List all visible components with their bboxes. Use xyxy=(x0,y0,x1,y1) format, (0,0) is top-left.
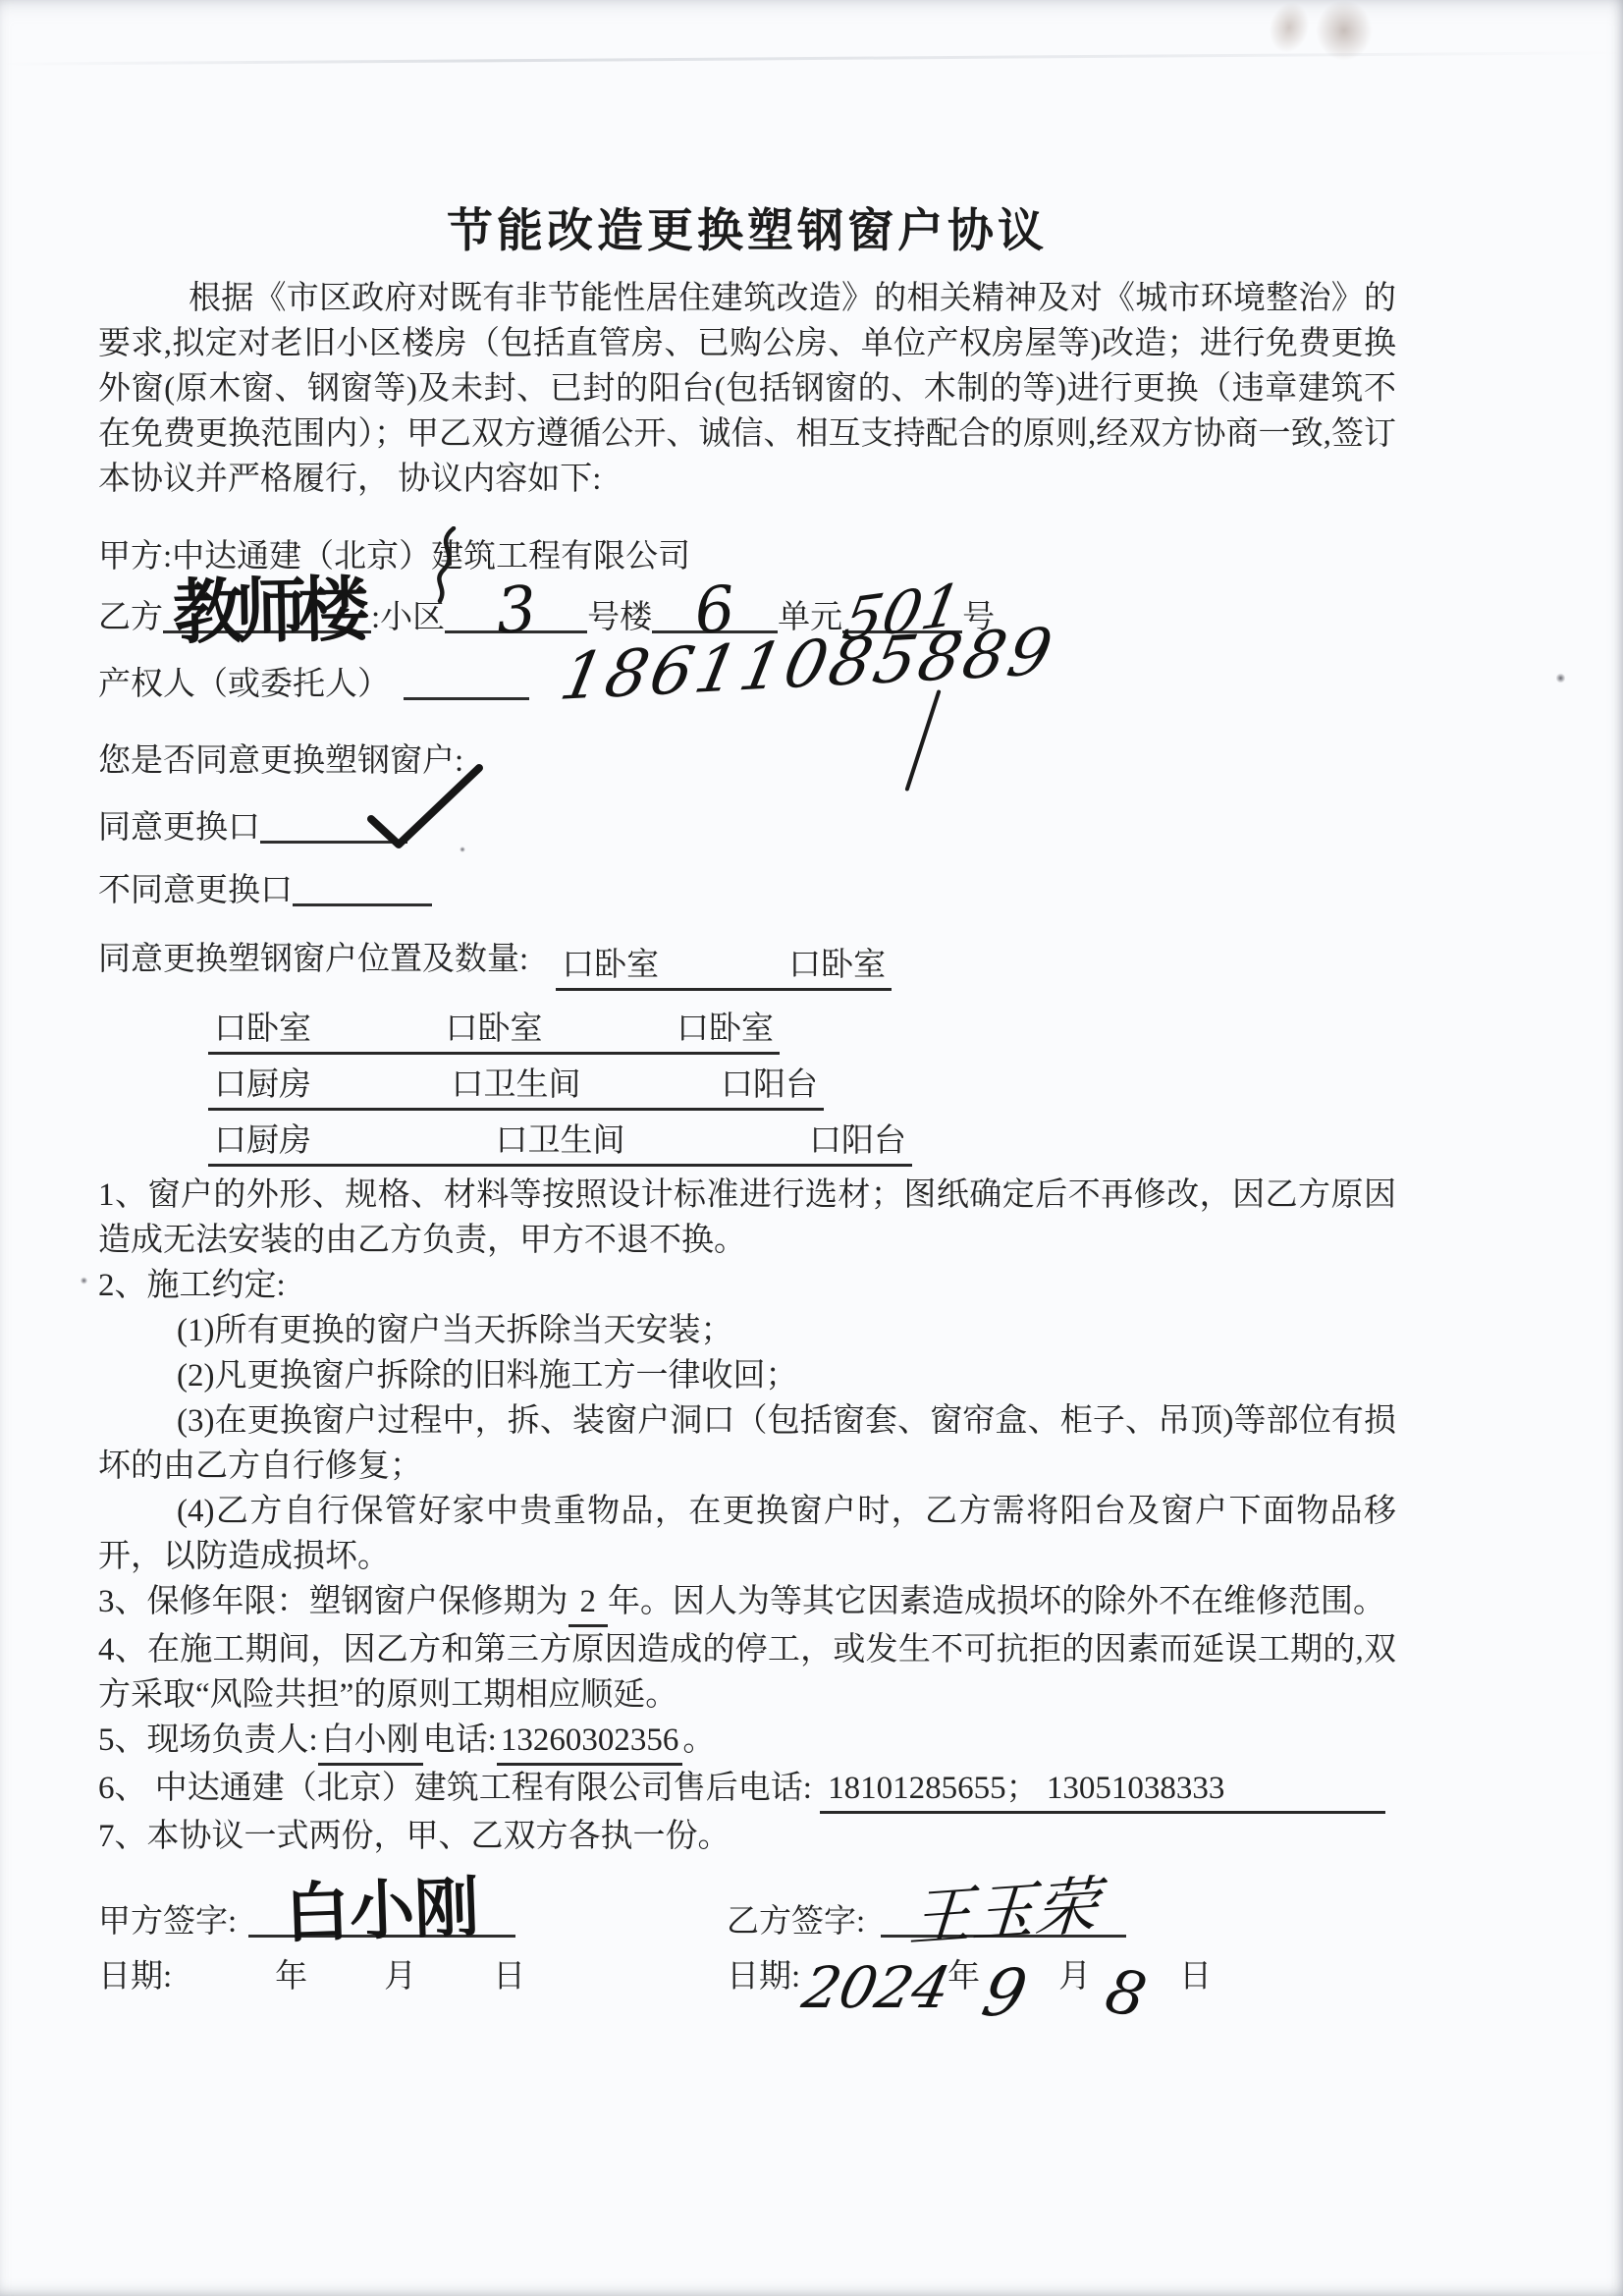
clause-3-text-pre: 3、保修年限：塑钢窗户保修期为 xyxy=(98,1584,568,1619)
handwritten-month: 9 xyxy=(977,1961,1032,2026)
clause-7: 7、本协议一式两份，甲、乙双方各执一份。 xyxy=(98,1814,1396,1859)
party-a-date-line: 日期:年月日 xyxy=(98,1949,727,2004)
location-row: 口厨房口卫生间口阳台 xyxy=(208,1063,824,1111)
location-cell: 口卧室 xyxy=(214,1007,311,1052)
warranty-years-value: 2 xyxy=(568,1579,609,1627)
party-a-signature-underline: 白小刚 xyxy=(248,1901,515,1938)
party-a-signature-label: 甲方签字: xyxy=(98,1904,237,1940)
disagree-option-line: 不同意更换口 xyxy=(98,868,1396,913)
month-label: 月 xyxy=(384,1959,416,1995)
disagree-label: 不同意更换口 xyxy=(98,873,293,908)
party-b-signature-block: 乙方签字:王玉荣 日期:2024年9月8日 xyxy=(727,1894,1396,2004)
handwritten-party-a-signature: 白小刚 xyxy=(284,1875,480,1946)
intro-paragraph: 根据《市区政府对既有非节能性居住建筑改造》的相关精神及对《城市环境整治》的要求,… xyxy=(98,276,1396,502)
month-label: 月 xyxy=(1058,1959,1091,1995)
handwritten-year: 2024 xyxy=(798,1959,955,2016)
day-label: 日 xyxy=(493,1959,525,1995)
party-b-label: 乙方 xyxy=(98,600,163,635)
handwritten-brace-mark xyxy=(424,526,463,605)
location-row: 口厨房口卫生间口阳台 xyxy=(208,1119,912,1167)
location-cell: 口卧室 xyxy=(676,1007,774,1052)
scanned-agreement-page: 节能改造更换塑钢窗户协议 根据《市区政府对既有非节能性居住建筑改造》的相关精神及… xyxy=(0,0,1623,2296)
building-number-blank-underline: 6 xyxy=(652,597,778,633)
year-slot: 2024 xyxy=(800,1959,947,1993)
month-slot: 9 xyxy=(980,1959,1058,1993)
location-row: 口卧室口卧室口卧室 xyxy=(208,1007,780,1055)
site-manager-phone: 13260302356 xyxy=(497,1718,683,1766)
clause-5-text-post: 。 xyxy=(682,1722,715,1758)
location-row: 口卧室口卧室 xyxy=(556,943,892,991)
clause-6-text-pre: 6、 中达通建（北京）建筑工程有限公司售后电话: xyxy=(98,1771,812,1806)
clause-6: 6、 中达通建（北京）建筑工程有限公司售后电话: 18101285655； 13… xyxy=(98,1766,1396,1814)
location-cell: 口厨房 xyxy=(214,1063,311,1108)
clause-2-2: (2)凡更换窗户拆除的旧料施工方一律收回； xyxy=(98,1353,1396,1398)
owner-label: 产权人（或委托人） xyxy=(98,667,390,702)
consent-question-line: 您是否同意更换塑钢窗户: xyxy=(98,738,1396,784)
building-number-label: 号楼 xyxy=(587,600,652,635)
handwritten-checkmark xyxy=(361,762,491,860)
clause-5: 5、现场负责人:白小刚电话:13260302356。 xyxy=(98,1718,1396,1766)
clause-3-text-post: 年。因人为等其它因素造成损坏的除外不在维修范围。 xyxy=(608,1584,1385,1619)
handwritten-day: 8 xyxy=(1101,1960,1151,2028)
signature-section: 甲方签字:白小刚 日期:年月日 乙方签字:王玉荣 日期:2024年9月8日 xyxy=(98,1894,1396,2004)
locations-row-3: 口厨房口卫生间口阳台 xyxy=(98,1113,1396,1167)
community-blank-underline: 3 xyxy=(445,597,587,633)
clause-1: 1、窗户的外形、规格、材料等按照设计标准进行选材；图纸确定后不再修改，因乙方原因… xyxy=(98,1173,1396,1263)
party-b-signature-line: 乙方签字:王玉荣 xyxy=(727,1894,1396,1949)
handwritten-building-name: 教师楼 xyxy=(172,574,361,647)
building-blank-underline: 教师楼 xyxy=(163,597,371,633)
community-label: 小区 xyxy=(380,600,445,635)
scan-speck xyxy=(81,1277,87,1285)
locations-row-1: 口卧室口卧室口卧室 xyxy=(98,1001,1396,1055)
owner-line: 产权人（或委托人） 18611085889 xyxy=(98,662,1396,707)
party-a-signature-line: 甲方签字:白小刚 xyxy=(98,1894,727,1949)
aftersales-phones: 18101285655； 13051038333 xyxy=(820,1766,1385,1814)
document-content: 节能改造更换塑钢窗户协议 根据《市区政府对既有非节能性居住建筑改造》的相关精神及… xyxy=(98,0,1396,2004)
clause-2: 2、施工约定: xyxy=(98,1263,1396,1308)
site-manager-name: 白小刚 xyxy=(318,1718,423,1766)
clause-3: 3、保修年限：塑钢窗户保修期为2年。因人为等其它因素造成损坏的除外不在维修范围。 xyxy=(98,1579,1396,1627)
location-cell: 口阳台 xyxy=(809,1119,906,1164)
clause-2-3: (3)在更换窗户过程中，拆、装窗户洞口（包括窗套、窗帘盒、柜子、吊顶)等部位有损… xyxy=(98,1398,1396,1489)
location-cell: 口卧室 xyxy=(562,943,659,988)
clause-5-text-mid: 电话: xyxy=(423,1722,497,1758)
locations-row-2: 口厨房口卫生间口阳台 xyxy=(98,1057,1396,1111)
location-cell: 口卧室 xyxy=(788,943,886,988)
party-b-date-label: 日期: xyxy=(727,1959,800,1995)
scan-speck xyxy=(1556,673,1565,683)
party-b-signature-label: 乙方签字: xyxy=(727,1904,865,1940)
location-cell: 口卫生间 xyxy=(452,1063,581,1108)
party-a-date-label: 日期: xyxy=(98,1959,172,1995)
party-b-separator: : xyxy=(371,600,380,635)
clause-2-1: (1)所有更换的窗户当天拆除当天安装； xyxy=(98,1308,1396,1353)
location-cell: 口卧室 xyxy=(446,1007,543,1052)
party-b-signature-underline: 王玉荣 xyxy=(881,1901,1126,1938)
year-label: 年 xyxy=(275,1959,307,1995)
disagree-blank-underline xyxy=(293,870,432,906)
day-slot: 8 xyxy=(1091,1959,1179,1993)
document-title: 节能改造更换塑钢窗户协议 xyxy=(98,194,1396,260)
party-b-date-line: 日期:2024年9月8日 xyxy=(727,1949,1396,2004)
party-a-label: 甲方: xyxy=(98,539,172,574)
owner-blank-underline xyxy=(404,664,529,700)
clause-4: 4、在施工期间，因乙方和第三方原因造成的停工，或发生不可抗拒的因素而延误工期的,… xyxy=(98,1627,1396,1718)
party-a-signature-block: 甲方签字:白小刚 日期:年月日 xyxy=(98,1894,727,2004)
agree-option-line: 同意更换口 xyxy=(98,805,1396,850)
day-label: 日 xyxy=(1179,1959,1212,1995)
handwritten-community-number: 3 xyxy=(494,578,538,644)
handwritten-party-b-signature: 王玉荣 xyxy=(907,1875,1100,1951)
location-cell: 口厨房 xyxy=(214,1119,311,1164)
location-cell: 口卫生间 xyxy=(496,1119,625,1164)
clause-5-text-pre: 5、现场负责人: xyxy=(98,1722,318,1758)
agree-label: 同意更换口 xyxy=(98,810,260,846)
locations-header-line: 同意更换塑钢窗户位置及数量:口卧室口卧室 xyxy=(98,937,1396,991)
locations-label: 同意更换塑钢窗户位置及数量: xyxy=(98,942,528,977)
location-cell: 口阳台 xyxy=(721,1063,818,1108)
clause-2-4: (4)乙方自行保管好家中贵重物品，在更换窗户时，乙方需将阳台及窗户下面物品移开，… xyxy=(98,1489,1396,1579)
